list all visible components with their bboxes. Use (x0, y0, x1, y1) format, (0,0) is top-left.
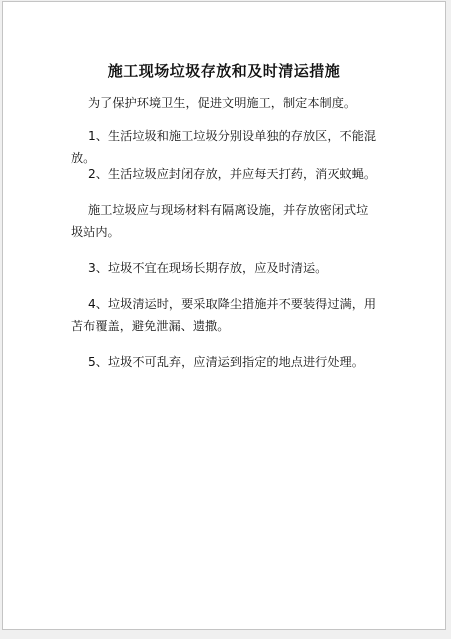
paragraph-item-3: 3、垃圾不宜在现场长期存放，应及时清运。 (71, 257, 377, 279)
paragraph-intro: 为了保护环境卫生，促进文明施工，制定本制度。 (71, 92, 377, 114)
paragraph-item-2: 2、生活垃圾应封闭存放，并应每天打药，消灭蚊蝇。 (71, 163, 377, 185)
paragraph-item-4: 4、垃圾清运时，要采取降尘措施并不要装得过满，用苫布覆盖，避免泄漏、遗撒。 (71, 293, 377, 337)
document-page: 施工现场垃圾存放和及时清运措施 为了保护环境卫生，促进文明施工，制定本制度。 1… (2, 1, 446, 630)
document-title: 施工现场垃圾存放和及时清运措施 (3, 60, 445, 81)
paragraph-item-5: 5、垃圾不可乱弃，应清运到指定的地点进行处理。 (71, 351, 377, 373)
paragraph-construction-waste: 施工垃圾应与现场材料有隔离设施，并存放密闭式垃圾站内。 (71, 199, 377, 243)
